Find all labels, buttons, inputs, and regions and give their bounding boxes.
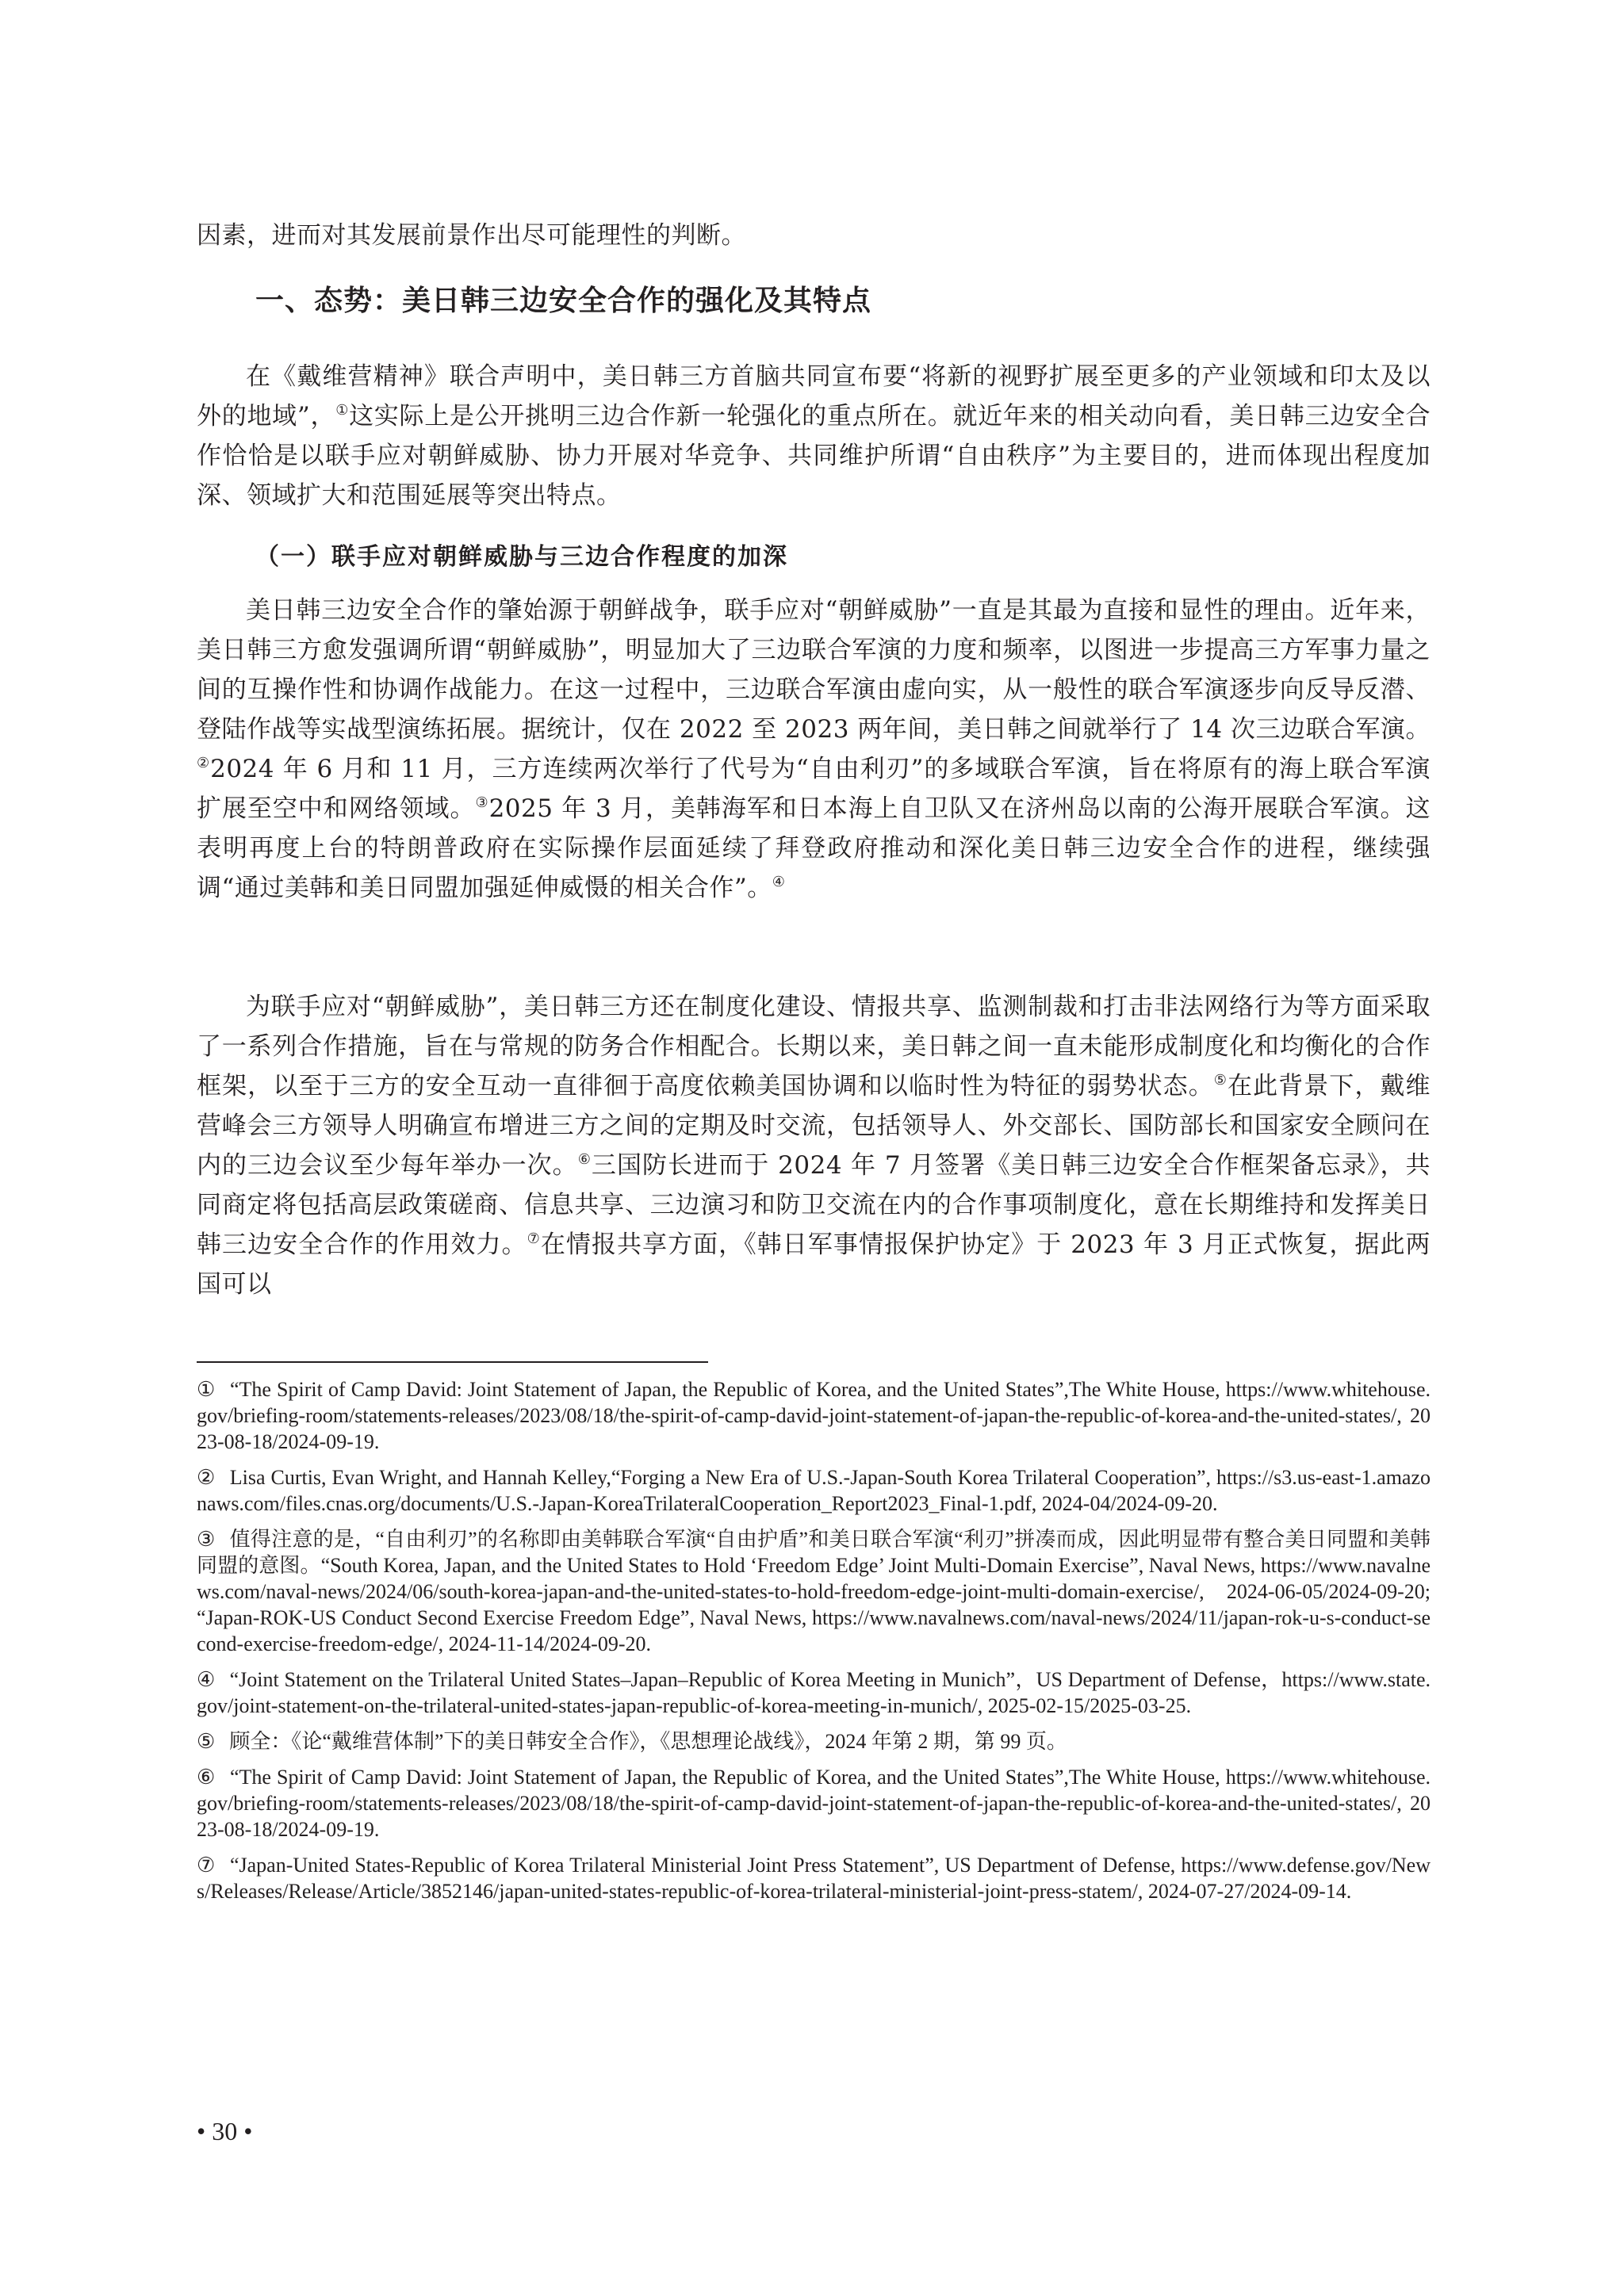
footnote-4: ④“Joint Statement on the Trilateral Unit… xyxy=(197,1667,1431,1719)
paragraph-1: 在《戴维营精神》联合声明中，美日韩三方首脑共同宣布要“将新的视野扩展至更多的产业… xyxy=(197,357,1431,515)
footnote-text: “Joint Statement on the Trilateral Unite… xyxy=(197,1668,1431,1717)
footnote-text: “The Spirit of Camp David: Joint Stateme… xyxy=(197,1766,1431,1841)
footnote-7: ⑦“Japan-United States-Republic of Korea … xyxy=(197,1852,1431,1904)
footnote-mark: ③ xyxy=(197,1528,216,1551)
footnote-text: 顾全：《论“戴维营体制”下的美日韩安全合作》，《思想理论战线》，2024 年第 … xyxy=(229,1730,1067,1753)
footnote-1: ①“The Spirit of Camp David: Joint Statem… xyxy=(197,1376,1431,1455)
footnote-ref-5[interactable]: ⑤ xyxy=(1214,1072,1228,1089)
paragraph-1-text-b: 这实际上是公开挑明三边合作新一轮强化的重点所在。就近年来的相关动向看，美日韩三边… xyxy=(197,402,1431,510)
section-heading: 一、态势：美日韩三边安全合作的强化及其特点 xyxy=(255,281,871,321)
footnote-separator xyxy=(197,1361,708,1363)
footnotes: ①“The Spirit of Camp David: Joint Statem… xyxy=(197,1376,1431,1914)
footnote-mark: ② xyxy=(197,1466,216,1489)
footnote-text: “The Spirit of Camp David: Joint Stateme… xyxy=(197,1378,1431,1453)
footnote-ref-1[interactable]: ① xyxy=(335,402,349,419)
footnote-mark: ⑥ xyxy=(197,1766,216,1789)
footnote-6: ⑥“The Spirit of Camp David: Joint Statem… xyxy=(197,1764,1431,1843)
paragraph-2-text-a: 美日韩三边安全合作的肇始源于朝鲜战争，联手应对“朝鲜威胁”一直是其最为直接和显性… xyxy=(197,596,1431,744)
continued-paragraph-line: 因素，进而对其发展前景作出尽可能理性的判断。 xyxy=(197,216,1431,255)
paragraph-3: 为联手应对“朝鲜威胁”，美日韩三方还在制度化建设、情报共享、监测制裁和打击非法网… xyxy=(197,987,1431,1304)
footnote-ref-4[interactable]: ④ xyxy=(772,874,786,890)
footnote-text: Lisa Curtis, Evan Wright, and Hannah Kel… xyxy=(197,1466,1431,1515)
paragraph-2: 美日韩三边安全合作的肇始源于朝鲜战争，联手应对“朝鲜威胁”一直是其最为直接和显性… xyxy=(197,591,1431,908)
footnote-ref-2[interactable]: ② xyxy=(197,755,210,771)
footnote-mark: ⑦ xyxy=(197,1854,216,1877)
footnote-text: 值得注意的是，“自由利刃”的名称即由美韩联合军演“自由护盾”和美日联合军演“利刃… xyxy=(197,1528,1431,1655)
footnote-2: ②Lisa Curtis, Evan Wright, and Hannah Ke… xyxy=(197,1464,1431,1517)
footnote-5: ⑤顾全：《论“戴维营体制”下的美日韩安全合作》，《思想理论战线》，2024 年第… xyxy=(197,1728,1431,1755)
footnote-3: ③值得注意的是，“自由利刃”的名称即由美韩联合军演“自由护盾”和美日联合军演“利… xyxy=(197,1526,1431,1657)
footnote-ref-3[interactable]: ③ xyxy=(475,794,488,811)
footnote-mark: ④ xyxy=(197,1668,216,1691)
footnote-mark: ⑤ xyxy=(197,1730,215,1753)
footnote-text: “Japan-United States-Republic of Korea T… xyxy=(197,1854,1431,1903)
subsection-heading: （一）联手应对朝鲜威胁与三边合作程度的加深 xyxy=(255,538,788,577)
footnote-ref-6[interactable]: ⑥ xyxy=(578,1151,592,1168)
page-number: • 30 • xyxy=(197,2117,252,2146)
footnote-mark: ① xyxy=(197,1378,216,1401)
footnote-ref-7[interactable]: ⑦ xyxy=(527,1230,541,1247)
